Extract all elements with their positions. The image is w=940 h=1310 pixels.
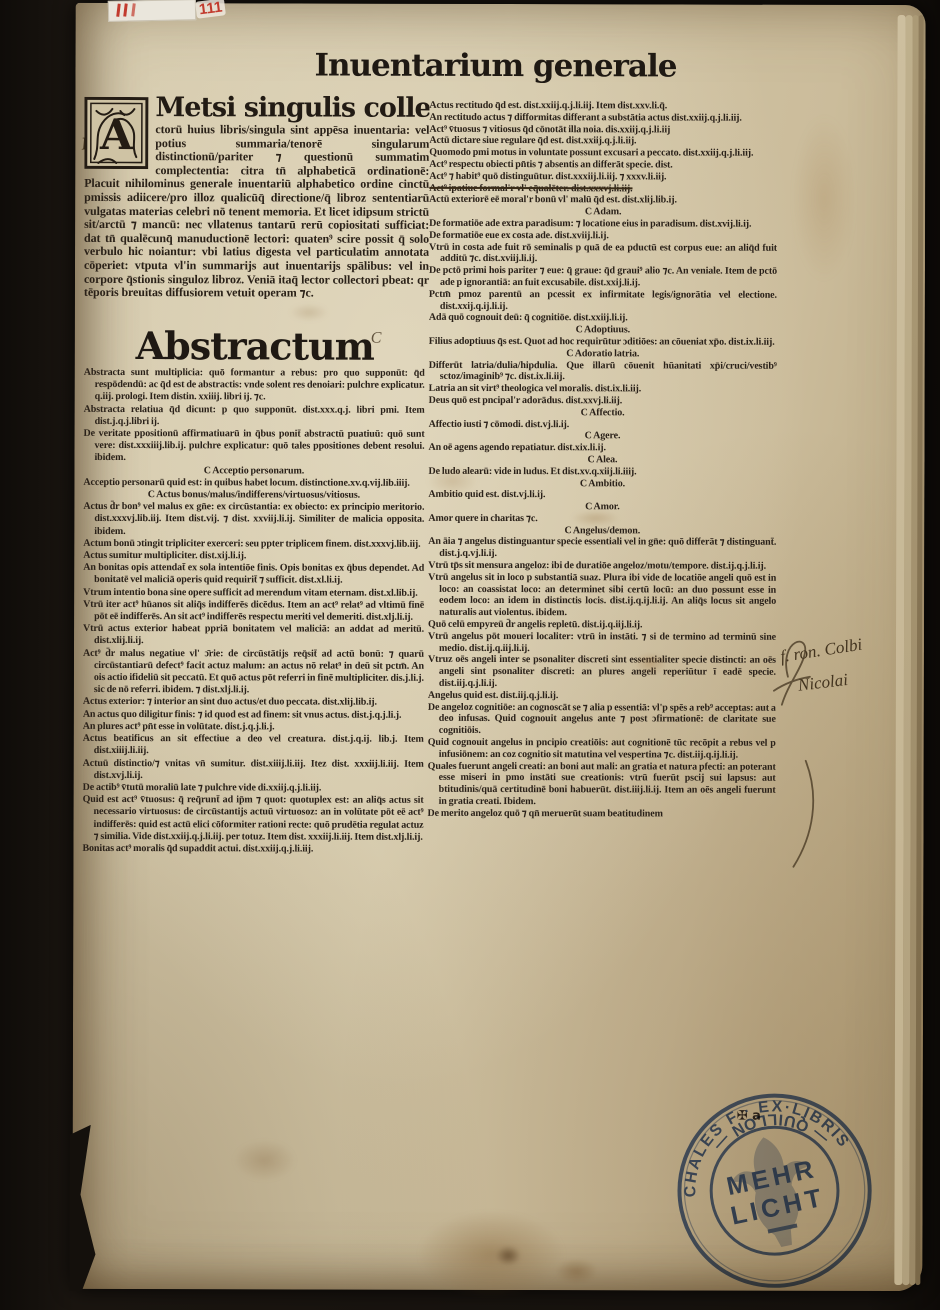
index-entry: De formatiōe eue ex costa ade. dist.xvii… xyxy=(429,230,777,243)
index-entry: Quid est act⁹ v̄tuosus: q̄ req̄runt̄ ad … xyxy=(82,794,423,844)
index-entry: An actus quo diligitur finis: ⁊ id quod … xyxy=(83,709,424,722)
index-entry: Vtrū in costa ade fuit rō seminalis p qu… xyxy=(429,241,777,266)
index-entry: Angelus quid est. dist.iij.q.j.li.ij. xyxy=(428,690,776,703)
stain xyxy=(233,1139,297,1181)
index-column-right: Actus rectitudo q̄d est. dist.xxiij.q.j.… xyxy=(427,100,778,1119)
index-entry: An āia ⁊ angelus distinguantur specie es… xyxy=(428,536,776,561)
index-entry: Pctm̄ pmoz parentū an pcessit ex infirmi… xyxy=(429,289,777,314)
index-entry: Affectio iusti ⁊ cōmodi. dist.vj.li.ij. xyxy=(429,418,777,431)
stain xyxy=(634,652,668,674)
index-entry: Vtrū iter act⁹ hūanos sit aliq̄s indiffe… xyxy=(83,599,424,624)
stain xyxy=(416,1210,566,1298)
stain xyxy=(791,113,857,283)
index-entry: De merito angeloz quō ⁊ qn̄ meruerūt sua… xyxy=(428,808,776,821)
stain xyxy=(554,1258,598,1284)
index-entry: Acceptio personarū quid est: in quibus h… xyxy=(83,477,424,490)
index-entry: Vtrū angelus pōt moueri localiter: vtrū … xyxy=(428,631,776,656)
red-mark xyxy=(123,3,128,16)
index-entry: Actum bonū ɔtingit tripliciter exerceri:… xyxy=(83,538,424,551)
index-entry: Bonitas act⁹ moralis q̄d supaddit actui.… xyxy=(82,843,423,856)
index-entry: Quid cognouit angelus in pncipio creatiō… xyxy=(428,737,776,762)
index-entry: Actus exterior: ⁊ interior an sint duo a… xyxy=(83,696,424,709)
index-entry: Abstracta sunt multiplicia: quō formantu… xyxy=(84,367,425,405)
red-mark xyxy=(116,4,121,17)
book-page: Inuentarium generale F· A Metsi singulis… xyxy=(72,3,925,1291)
index-entry: De actib⁹ v̄tutū moraliū late ⁊ pulchre … xyxy=(83,782,424,795)
index-column-left: Abstracta sunt multiplicia: quō formantu… xyxy=(82,367,425,1114)
call-number-sticker xyxy=(108,0,196,22)
torn-corner xyxy=(69,1125,111,1291)
index-entry: Adā quō cognouit deū: q̄ cognitiōe. dist… xyxy=(429,312,777,325)
index-entry: Ambitio quid est. dist.vj.li.ij. xyxy=(428,489,776,502)
stain xyxy=(496,1246,520,1265)
index-entry: Vtrū tp̄s sit mensura angeloz: ibi de du… xyxy=(428,560,776,573)
index-entry: Actus sumitur multipliciter. dist.xij.li… xyxy=(83,550,424,563)
book-photo: { "labels": { "shelf_number": "111", "ma… xyxy=(0,0,940,1310)
page-title: Inuentarium generale xyxy=(215,47,775,84)
index-rubric: C Adoptiuus. xyxy=(429,324,777,337)
intro-paragraph: A Metsi singulis colle ctorū huius libri… xyxy=(84,93,430,336)
stain xyxy=(289,303,329,321)
index-entry: Actus rectitudo q̄d est. dist.xxiij.q.j.… xyxy=(429,100,777,113)
decorated-initial: A xyxy=(84,97,148,169)
index-entry: Actū dictare siue regulare q̄d est. dist… xyxy=(429,135,777,148)
index-entry: Abstracta relatiua q̄d dicunt: p quo sup… xyxy=(84,404,425,429)
index-entry: An rectitudo actus ⁊ difformitas differa… xyxy=(429,112,777,125)
index-entry: Latria an sit virt⁹ theologica vel moral… xyxy=(429,383,777,396)
index-entry: De angeloz cognitiōe: an cognoscāt se ⁊ … xyxy=(428,701,776,737)
index-entry: Deus quō est pncipal'r adorādus. dist.xx… xyxy=(429,395,777,408)
index-rubric: C Alea. xyxy=(428,454,776,467)
index-rubric: C Angelus/demon. xyxy=(428,525,776,538)
index-entry: De pctō primi hois pariter ⁊ eue: q̄ gra… xyxy=(429,265,777,290)
index-entry: Quomodo pmi motus in voluntate possunt e… xyxy=(429,147,777,160)
index-entry: Act⁹ v̄tuosus ⁊ vitiosus q̄d cōnotāt ill… xyxy=(429,123,777,136)
stain xyxy=(570,510,620,526)
index-entry: Vtrū angelus sit in loco p substantiā su… xyxy=(428,572,776,620)
index-rubric: C Adam. xyxy=(429,206,777,219)
index-entry: Act⁹ d̄r malus negatiue vl' ɔ̄rie: de ci… xyxy=(83,648,424,698)
stain xyxy=(426,466,478,496)
index-entry: Act⁹ ⁊ habit⁹ quō distinguūtur. dist.xxx… xyxy=(429,171,777,184)
index-rubric: C Adoratio latria. xyxy=(429,348,777,361)
index-entry: Vtrū actus exterior habeat ppriā bonitat… xyxy=(83,623,424,648)
index-entry: Vtrum intentio bona sine opere sufficit … xyxy=(83,587,424,600)
index-entry: Act⁹ respectu obiecti pn̄tis ⁊ absentis … xyxy=(429,159,777,172)
heading-handwritten-note: C xyxy=(371,330,382,348)
index-entry: Actus beatificus an sit effectiue a deo … xyxy=(83,733,424,758)
index-entry: De veritate ppositionū affirmatiuarū in … xyxy=(83,428,424,466)
index-entry: Filius adoptiuus q̄s est. Quot ad hoc re… xyxy=(429,336,777,349)
index-entry: Quales fuerunt angeli creati: an boni au… xyxy=(428,760,776,808)
index-entry: Actuū distinctio/⁊ vnitas vn̄ sumitur. d… xyxy=(83,757,424,782)
index-rubric: C Affectio. xyxy=(429,407,777,420)
index-entry: Act⁹ ipatiue formal'r vl' eq̄ualēter. di… xyxy=(429,182,777,195)
index-entry: Actus d̄r bon⁹ vel malus ex gn̄e: ex cir… xyxy=(83,501,424,539)
svg-text:A: A xyxy=(99,110,134,159)
index-rubric: C Acceptio personarum. xyxy=(83,465,424,478)
index-entry: Actū exteriorē eē moral'r bonū vl' malū … xyxy=(429,194,777,207)
index-entry: De formatiōe ade extra paradisum: ⁊ loca… xyxy=(429,218,777,231)
index-entry: De ludo alearū: vide in ludus. Et dist.x… xyxy=(428,466,776,479)
index-entry: An oē agens agendo repatiatur. dist.xix.… xyxy=(429,442,777,455)
index-entry: Differūt latria/dulia/hipdulia. Que illa… xyxy=(429,359,777,384)
index-entry: Vtruz oēs angeli inter se psonaliter dis… xyxy=(428,654,776,690)
index-entry: An bonitas opis attendat̄ ex sola intent… xyxy=(83,562,424,587)
index-entry: Quō celū empyreū d̄r angelis repletū. di… xyxy=(428,619,776,632)
index-rubric: C Agere. xyxy=(429,430,777,443)
index-rubric: C Ambitio. xyxy=(428,477,776,490)
red-mark xyxy=(131,3,136,16)
index-entry: An plures act⁹ pn̄t esse in volūtate. di… xyxy=(83,721,424,734)
ex-libris-stamp: MEHR LICHT CHALES F · EX·LIBRIS — QUILLO… xyxy=(651,1068,897,1310)
